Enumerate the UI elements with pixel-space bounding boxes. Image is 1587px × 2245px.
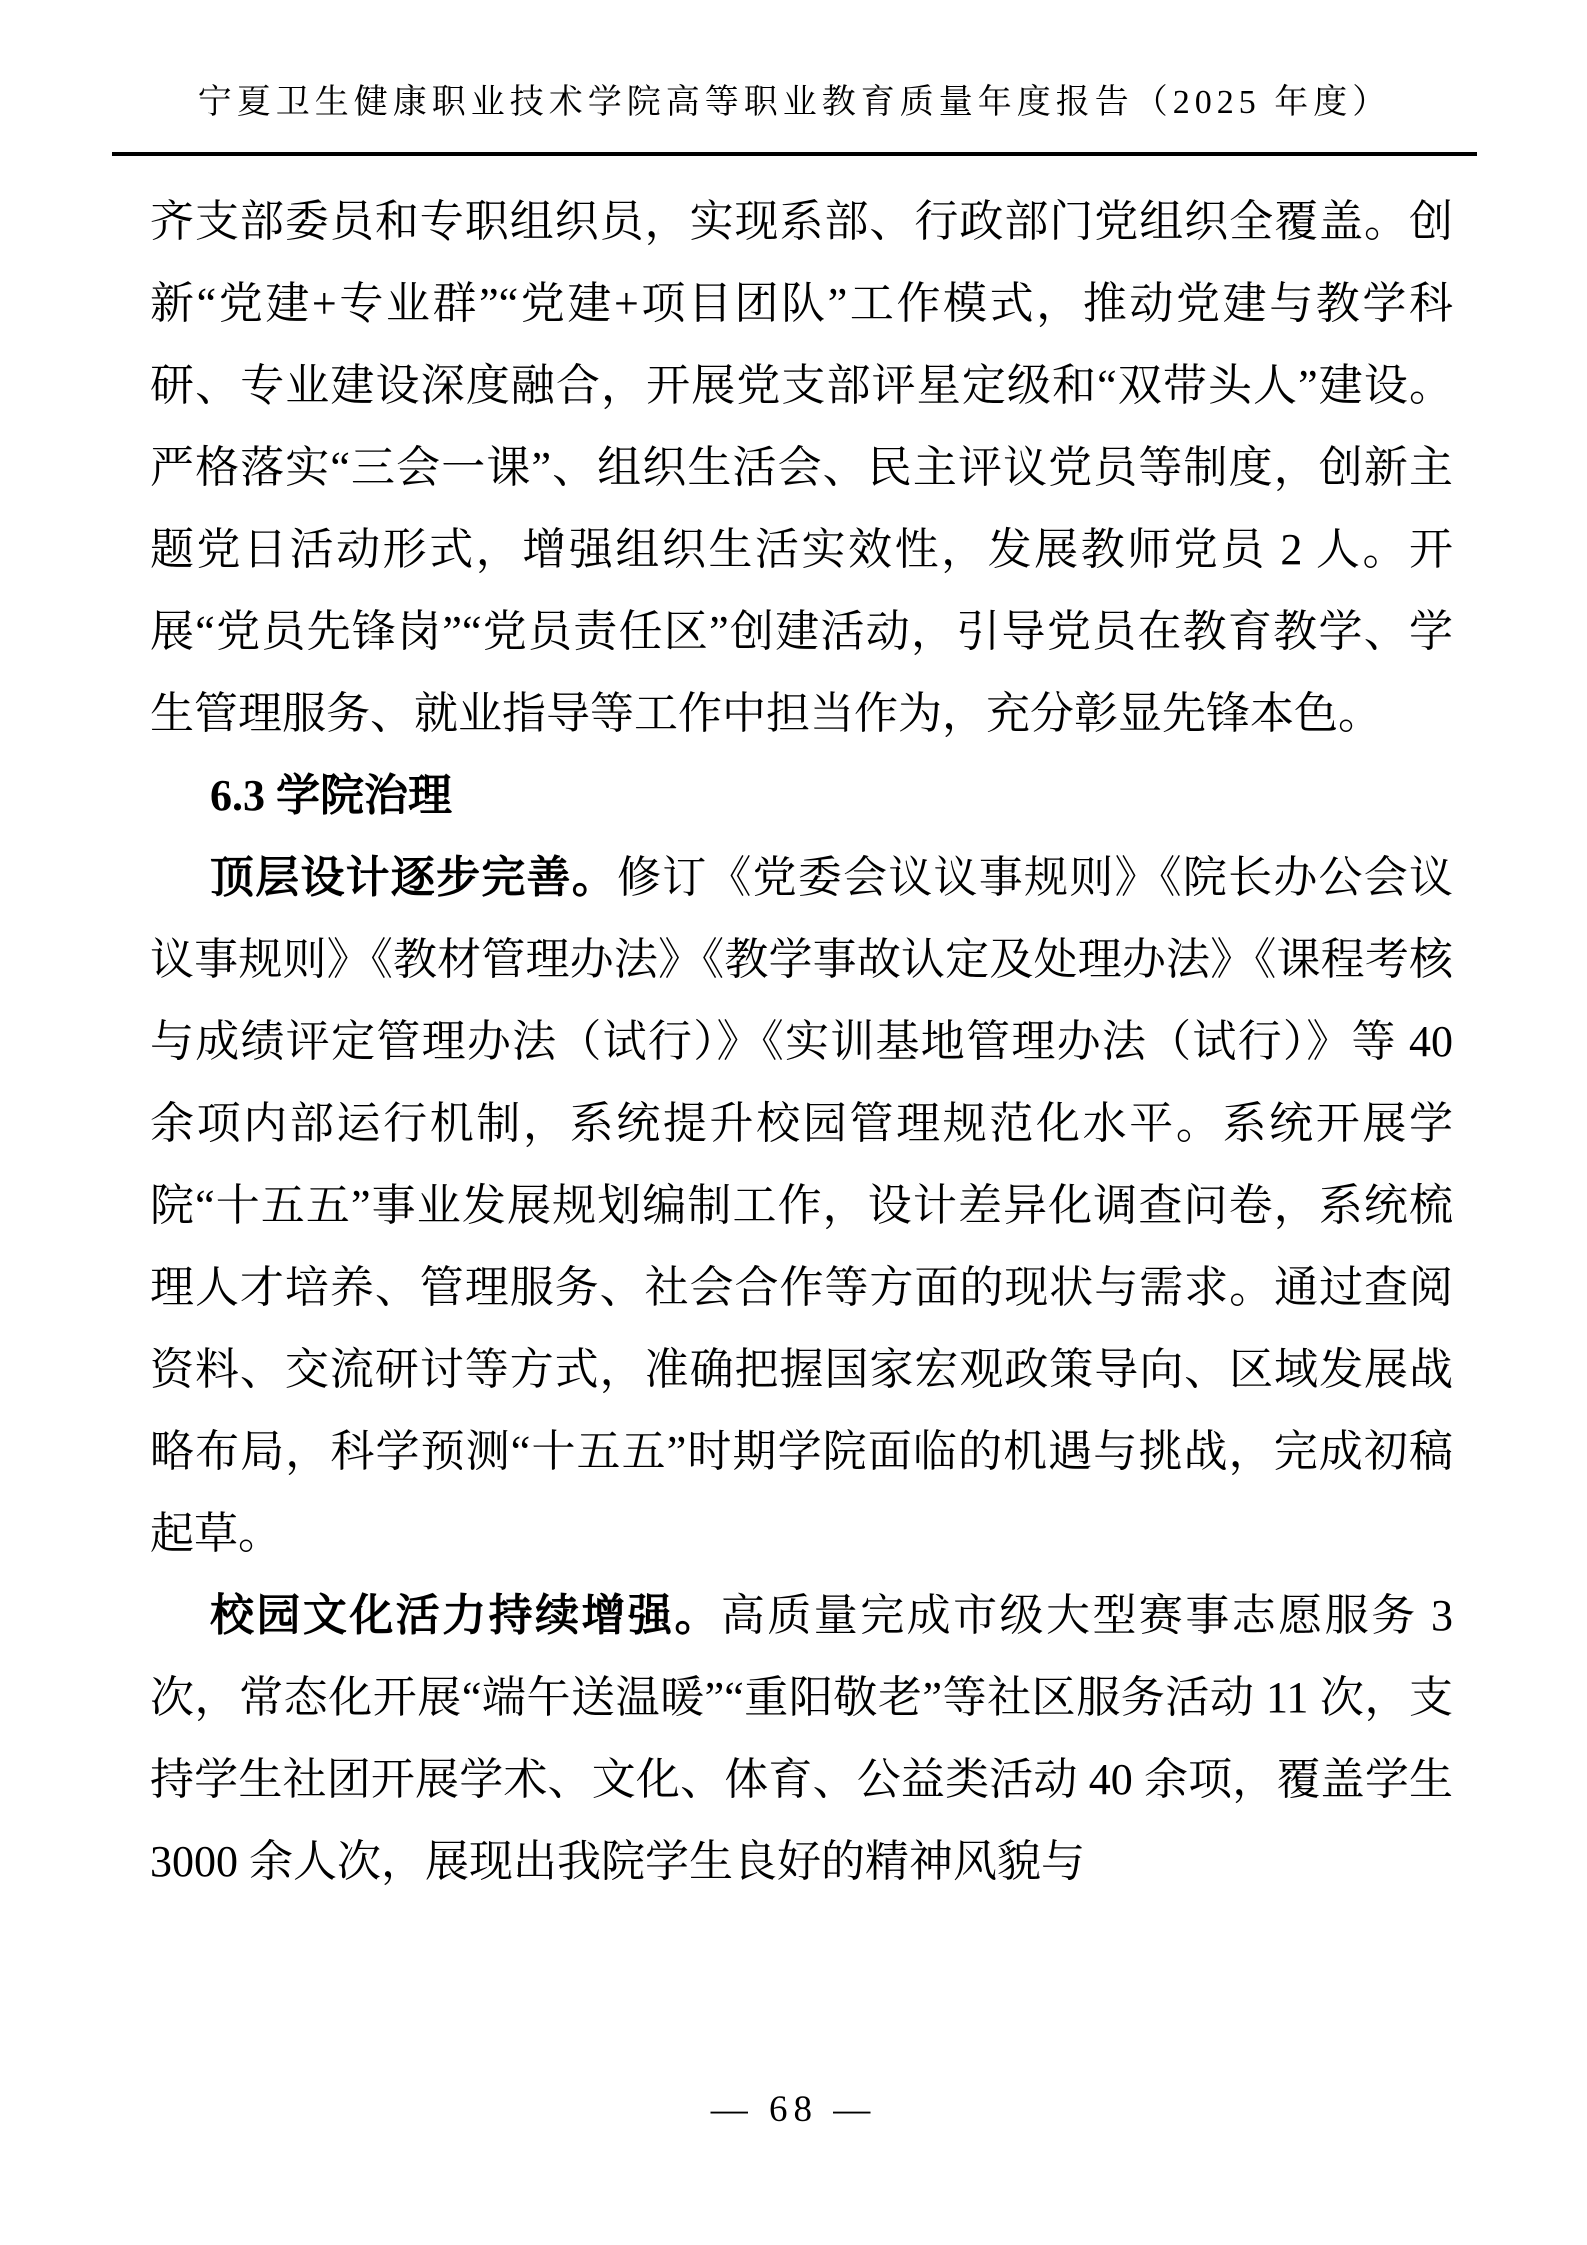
- paragraph-party-building: 齐支部委员和专职组织员，实现系部、行政部门党组织全覆盖。创新“党建+专业群”“党…: [150, 181, 1453, 755]
- paragraph-top-level-design-lead: 顶层设计逐步完善。: [210, 853, 617, 902]
- document-body: 齐支部委员和专职组织员，实现系部、行政部门党组织全覆盖。创新“党建+专业群”“党…: [150, 181, 1453, 1903]
- document-page: 宁夏卫生健康职业技术学院高等职业教育质量年度报告（2025 年度） 齐支部委员和…: [0, 0, 1587, 2245]
- page-number: — 68 —: [0, 2088, 1587, 2131]
- section-heading-6-3: 6.3 学院治理: [150, 755, 1453, 837]
- page-header-title: 宁夏卫生健康职业技术学院高等职业教育质量年度报告（2025 年度）: [112, 74, 1477, 123]
- paragraph-campus-culture: 校园文化活力持续增强。高质量完成市级大型赛事志愿服务 3 次，常态化开展“端午送…: [150, 1575, 1453, 1903]
- paragraph-top-level-design: 顶层设计逐步完善。修订《党委会议议事规则》《院长办公会议议事规则》《教材管理办法…: [150, 837, 1453, 1575]
- paragraph-top-level-design-text: 修订《党委会议议事规则》《院长办公会议议事规则》《教材管理办法》《教学事故认定及…: [150, 853, 1453, 1558]
- paragraph-campus-culture-lead: 校园文化活力持续增强。: [210, 1591, 721, 1640]
- header-rule: [112, 152, 1477, 156]
